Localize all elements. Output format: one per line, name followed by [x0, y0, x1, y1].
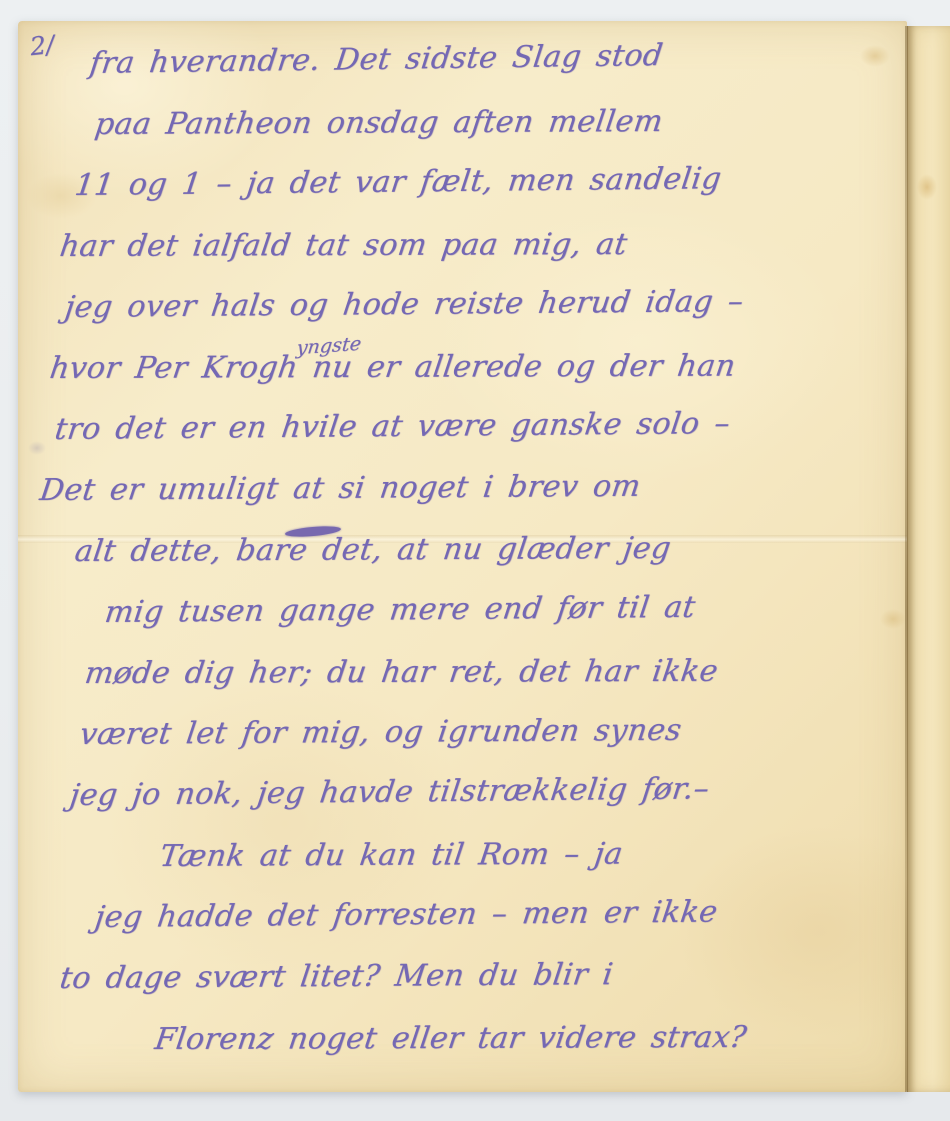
handwritten-line: været let for mig, og igrunden synes [76, 698, 907, 765]
handwritten-line: fra hverandre. Det sidste Slag stod [86, 22, 907, 94]
handwritten-line: 11 og 1 – ja det var fælt, men sandelig [71, 146, 907, 216]
handwritten-line: to dage svært litet? Men du blir i [56, 942, 907, 1009]
interlinear-insertion: yngste [296, 333, 363, 359]
handwritten-line: Det er umuligt at si noget i brev om [36, 454, 907, 521]
handwritten-line: jeg hadde det forresten – men er ikke [91, 880, 907, 948]
vertical-fold-crease [905, 26, 908, 1092]
handwritten-line: tro det er en hvile at være ganske solo … [51, 392, 907, 460]
handwritten-line: møde dig her; du har ret, det har ikke [81, 640, 907, 704]
handwritten-line: hvor Per Krogh nu er allerede og der han [46, 335, 907, 399]
folded-page-edge [907, 26, 950, 1092]
scanned-letter-page: 2/ fra hverandre. Det sidste Slag stod p… [0, 0, 950, 1121]
handwritten-line: paa Pantheon onsdag aften mellem [91, 90, 907, 155]
handwritten-line: alt dette, bare det, at nu glæder jeg [71, 517, 907, 582]
letter-body: fra hverandre. Det sidste Slag stod paa … [18, 33, 907, 1070]
handwritten-line: jeg jo nok, jeg havde tilstrækkelig før.… [66, 756, 907, 826]
handwritten-line: har det ialfald tat som paa mig, at [56, 213, 907, 277]
handwritten-line: mig tusen gange mere end før til at [101, 575, 907, 643]
handwritten-line: Florenz noget eller tar videre strax? [151, 1006, 907, 1070]
handwritten-line: jeg over hals og hode reiste herud idag … [61, 270, 907, 338]
paper-stain [917, 174, 937, 200]
handwritten-line: Tænk at du kan til Rom – ja [156, 822, 907, 887]
letter-paper: 2/ fra hverandre. Det sidste Slag stod p… [18, 21, 907, 1092]
